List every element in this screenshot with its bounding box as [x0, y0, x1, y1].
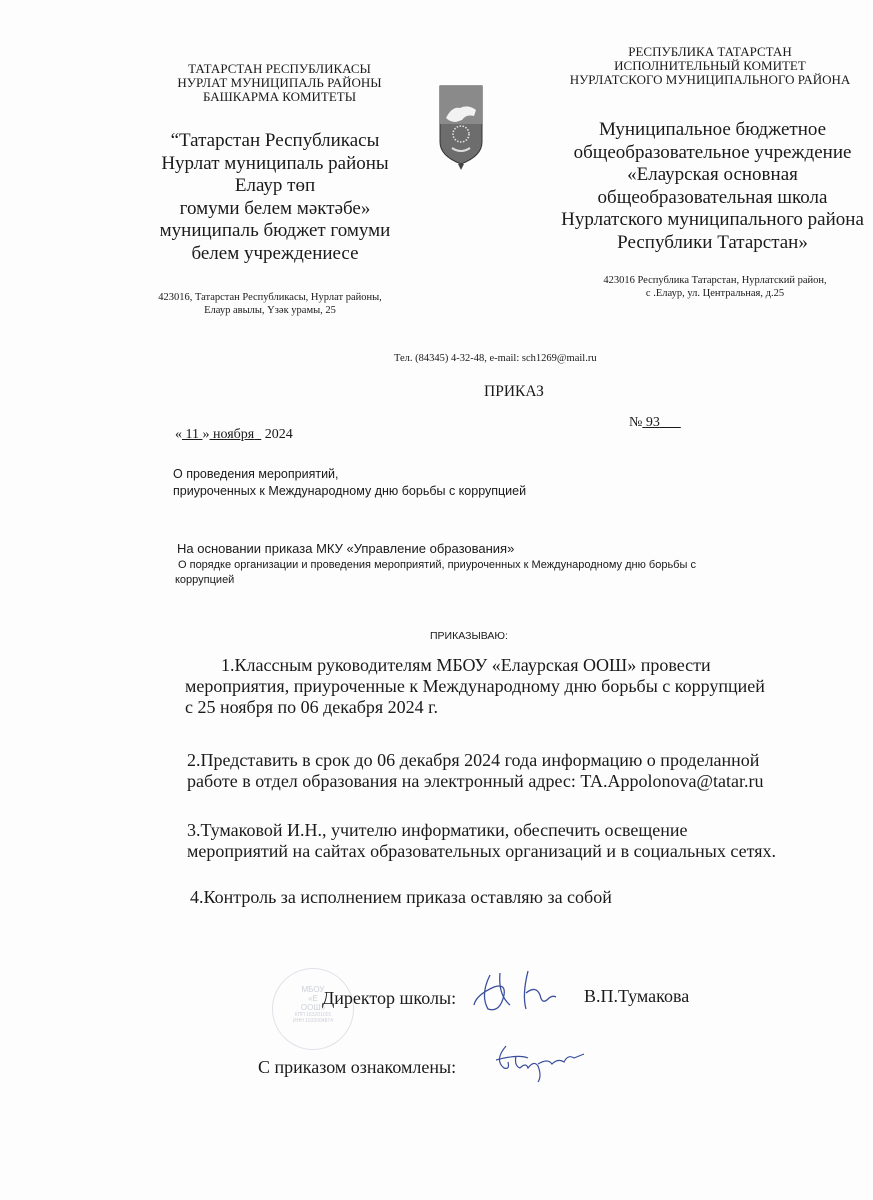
date-day: 11 [186, 427, 199, 442]
order-item-1: 1.Классным руководителям МБОУ «Елаурская… [185, 655, 765, 718]
acknowledged-signature-icon [488, 1040, 588, 1090]
right-address: 423016 Республика Татарстан, Нурлатский … [575, 274, 855, 300]
number-value: 93 [646, 415, 660, 430]
order-date: « 11 » ноября 2024 [175, 427, 293, 443]
left-institution-line: “Татарстан Республикасы [125, 130, 425, 153]
left-institution-line: муниципаль бюджет гомуми [125, 220, 425, 243]
left-institution-name: “Татарстан Республикасы Нурлат муниципал… [125, 130, 425, 265]
right-header: РЕСПУБЛИКА ТАТАРСТАН ИСПОЛНИТЕЛЬНЫЙ КОМИ… [545, 45, 873, 87]
date-quote-open: « [175, 427, 182, 442]
director-label: Директор школы: [322, 988, 456, 1009]
order-subject: О проведения мероприятий, приуроченных к… [173, 466, 526, 500]
left-institution-line: Нурлат муниципаль районы [125, 153, 425, 176]
directive: ПРИКАЗЫВАЮ: [430, 630, 508, 642]
right-institution-line: Республики Татарстан» [545, 232, 873, 255]
left-institution-line: белем учреждениесе [125, 243, 425, 266]
left-header: ТАТАРСТАН РЕСПУБЛИКАСЫ НУРЛАТ МУНИЦИПАЛЬ… [132, 62, 427, 104]
order-number: № 93 [629, 415, 681, 431]
director-signature-icon [470, 965, 560, 1020]
item-line: с 25 ноября по 06 декабря 2024 г. [185, 697, 765, 718]
right-address-line: с .Елаур, ул. Центральная, д.25 [575, 287, 855, 300]
subject-line: О проведения мероприятий, [173, 466, 526, 483]
item-line: 2.Представить в срок до 06 декабря 2024 … [187, 750, 763, 771]
left-authority-line: ТАТАРСТАН РЕСПУБЛИКАСЫ [132, 62, 427, 76]
stamp-line: ИНН 1632004874 [273, 1018, 353, 1024]
left-authority-line: БАШКАРМА КОМИТЕТЫ [132, 90, 427, 104]
right-institution-line: общеобразовательное учреждение [545, 142, 873, 165]
order-item-2: 2.Представить в срок до 06 декабря 2024 … [187, 750, 763, 792]
left-address-line: Елаур авылы, Үзәк урамы, 25 [130, 304, 410, 317]
number-label: № [629, 415, 642, 430]
date-year: 2024 [265, 427, 293, 442]
right-institution-name: Муниципальное бюджетное общеобразователь… [545, 119, 873, 254]
left-address: 423016, Татарстан Республикасы, Нурлат р… [130, 291, 410, 317]
contacts: Тел. (84345) 4-32-48, e-mail: sch1269@ma… [394, 352, 597, 365]
left-institution-line: гомуми белем мәктәбе» [125, 198, 425, 221]
basis-detail-line: коррупцией [175, 573, 825, 588]
order-title: ПРИКАЗ [484, 383, 544, 401]
right-address-line: 423016 Республика Татарстан, Нурлатский … [575, 274, 855, 287]
date-month: ноября [213, 427, 254, 442]
item-line: 1.Классным руководителям МБОУ «Елаурская… [185, 655, 765, 676]
item-line: 3.Тумаковой И.Н., учителю информатики, о… [187, 820, 776, 841]
right-authority-line: РЕСПУБЛИКА ТАТАРСТАН [545, 45, 873, 59]
right-authority-line: НУРЛАТСКОГО МУНИЦИПАЛЬНОГО РАЙОНА [545, 73, 873, 87]
acknowledged-label: С приказом ознакомлены: [258, 1057, 456, 1078]
order-basis: На основании приказа МКУ «Управление обр… [177, 541, 514, 556]
item-line: мероприятий на сайтах образовательных ор… [187, 841, 776, 862]
right-institution-line: Муниципальное бюджетное [545, 119, 873, 142]
right-institution-line: «Елаурская основная [545, 164, 873, 187]
left-address-line: 423016, Татарстан Республикасы, Нурлат р… [130, 291, 410, 304]
item-line: мероприятия, приуроченные к Международно… [185, 676, 765, 697]
subject-line: приуроченных к Международному дню борьбы… [173, 483, 526, 500]
item-line: работе в отдел образования на электронны… [187, 771, 763, 792]
right-institution-line: общеобразовательная школа [545, 187, 873, 210]
director-name: В.П.Тумакова [584, 986, 689, 1007]
left-authority-line: НУРЛАТ МУНИЦИПАЛЬ РАЙОНЫ [132, 76, 427, 90]
basis-detail-line: О порядке организации и проведения мероп… [175, 558, 825, 573]
order-basis-detail: О порядке организации и проведения мероп… [175, 558, 825, 588]
left-institution-line: Елаур төп [125, 175, 425, 198]
order-item-3: 3.Тумаковой И.Н., учителю информатики, о… [187, 820, 776, 862]
right-authority-line: ИСПОЛНИТЕЛЬНЫЙ КОМИТЕТ [545, 59, 873, 73]
coat-of-arms-icon [438, 84, 484, 170]
order-item-4: 4.Контроль за исполнением приказа оставл… [190, 887, 612, 908]
right-institution-line: Нурлатского муниципального района [545, 209, 873, 232]
stamp-seal: МБОУ «Е ООШ» КПП 163201001 ИНН 163200487… [272, 968, 354, 1050]
